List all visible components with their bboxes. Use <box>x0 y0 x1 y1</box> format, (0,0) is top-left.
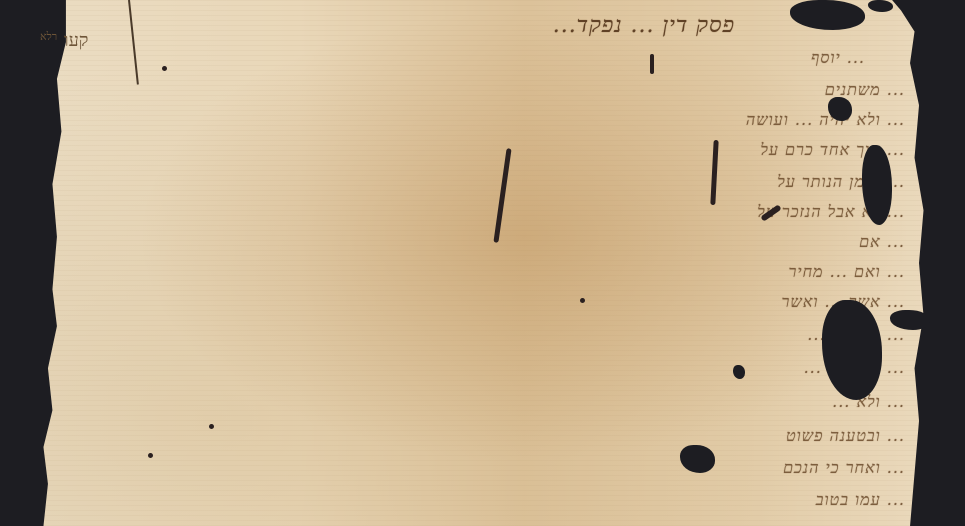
text-line: ... ולא יהיה ... ועושה <box>205 110 905 130</box>
text-line: ... יוסף <box>811 48 865 68</box>
text-line: ... אשר ... ואשר <box>205 292 905 312</box>
manuscript-text: פסק דין ... נפקד... ... יוסף ... משתנים … <box>185 0 905 526</box>
text-line: ... ואחר כי הנכם <box>245 458 905 478</box>
parchment-hole <box>733 365 745 379</box>
margin-note-folio: רלא <box>40 30 57 43</box>
text-line: ... הממכר ... <box>245 325 905 345</box>
text-line: ... ולא ... <box>245 392 905 412</box>
text-line: ... אם <box>205 232 905 252</box>
text-line: ... משתנים <box>205 80 905 100</box>
ink-dot <box>162 66 167 71</box>
parchment-hole <box>828 97 852 121</box>
text-line: ... עמו בטוב <box>245 490 905 510</box>
text-line: ... מוך אחד כרם על <box>205 140 905 160</box>
ink-dot <box>148 453 153 458</box>
text-line: ... ובטענה פשוט <box>245 426 905 446</box>
ink-dot <box>580 298 585 303</box>
manuscript-title: פסק דין ... נפקד... <box>553 12 735 38</box>
text-line: ... זה עימו ... <box>245 358 905 378</box>
ink-streak <box>650 54 654 74</box>
parchment-hole <box>868 0 893 12</box>
text-line: ... לא אבל הנזכר על <box>205 202 905 222</box>
text-line: ... הזמן הנותר על <box>205 172 905 192</box>
margin-note-number: קעו <box>64 30 88 51</box>
text-line: ... ואם ... מחיר <box>205 262 905 282</box>
ink-dot <box>209 424 214 429</box>
